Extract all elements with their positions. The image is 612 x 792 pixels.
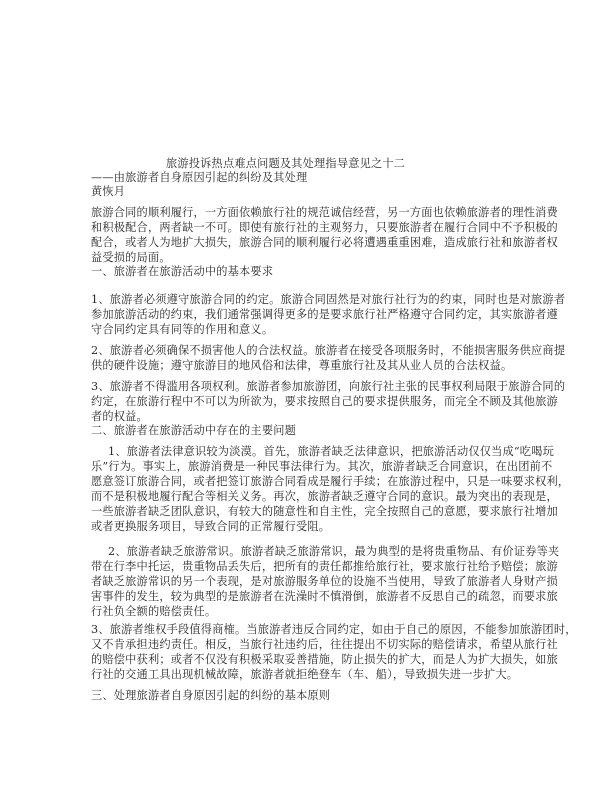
section-2-heading: 二、旅游者在旅游活动中存在的主要问题: [91, 424, 296, 438]
document-author: 黄恢月: [91, 185, 125, 199]
document-page: 旅游投诉热点难点问题及其处理指导意见之十二 ——由旅游者自身原因引起的纠纷及其处…: [0, 0, 612, 792]
section-1-heading: 一、旅游者在旅游活动中的基本要求: [91, 265, 273, 279]
document-title: 旅游投诉热点难点问题及其处理指导意见之十二: [166, 157, 405, 171]
section-3-heading: 三、处理旅游者自身原因引起的纠纷的基本原则: [91, 689, 330, 703]
document-subtitle: ——由旅游者自身原因引起的纠纷及其处理: [91, 171, 307, 185]
